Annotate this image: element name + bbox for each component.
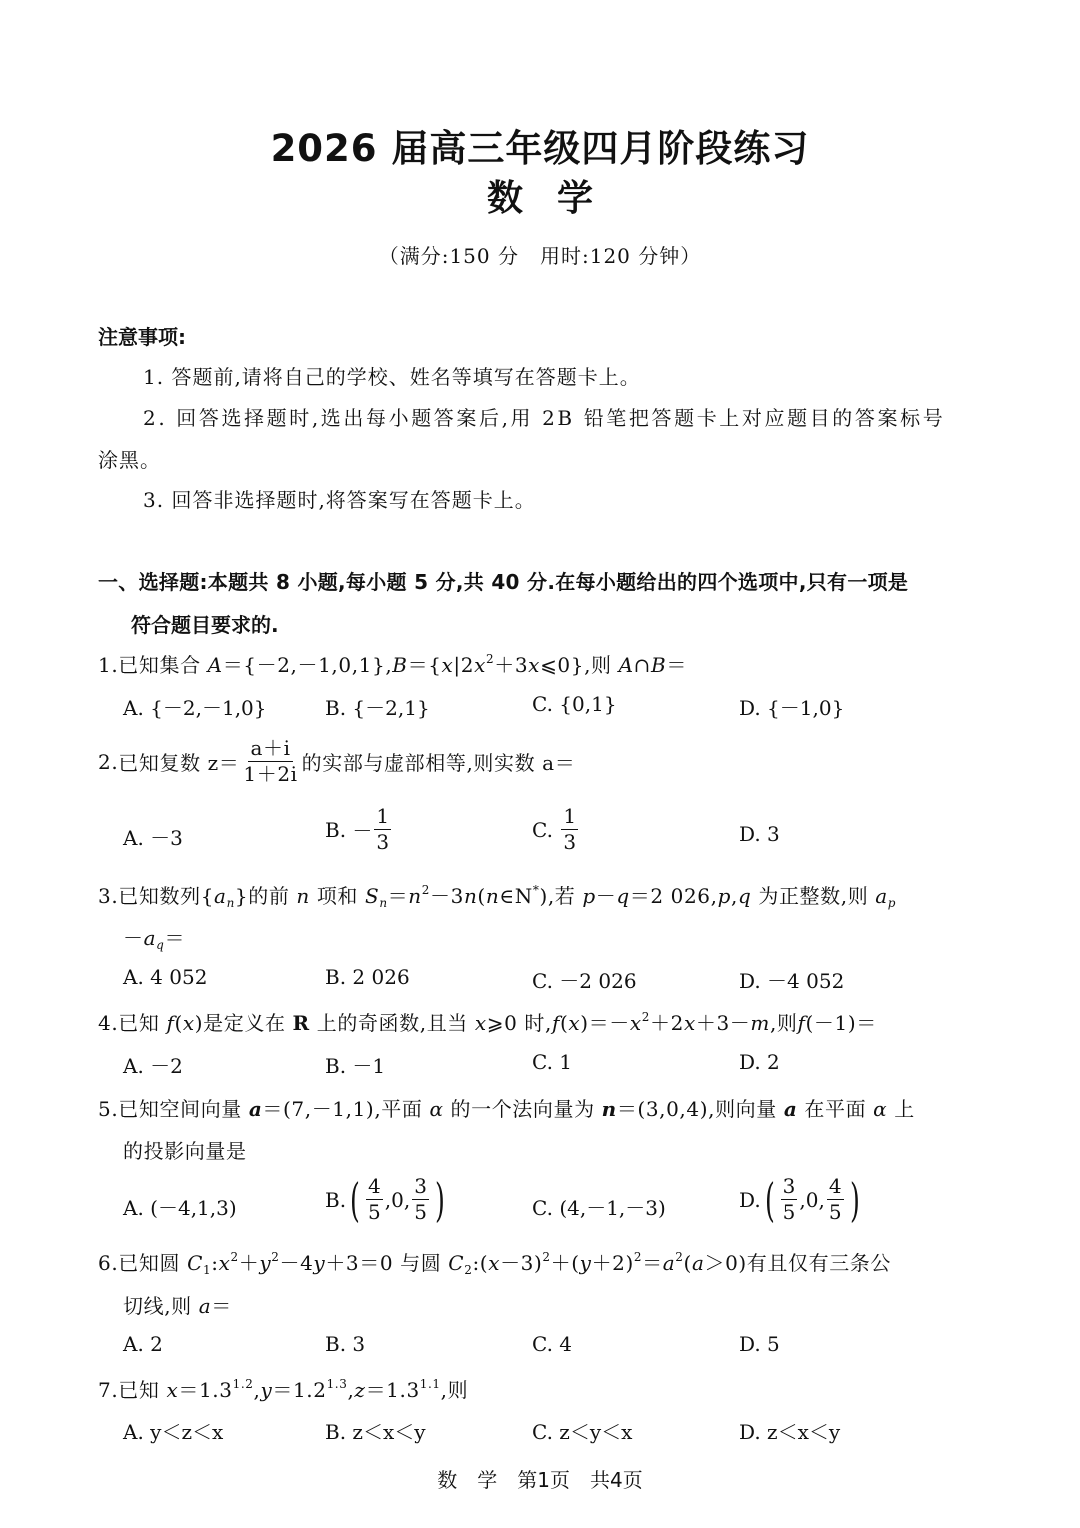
exam-title: 2026 届高三年级四月阶段练习	[0, 118, 1080, 172]
q5-option-a[interactable]: A. (－4,1,3)	[123, 1192, 237, 1221]
left-paren: (	[350, 1177, 360, 1223]
question-text: 已知集合 A＝{－2,－1,0,1},B＝{x|2x2＋3x⩽0},则 A∩B＝	[118, 653, 687, 677]
question-1: 1.已知集合 A＝{－2,－1,0,1},B＝{x|2x2＋3x⩽0},则 A∩…	[98, 649, 687, 678]
q1-option-b[interactable]: B. {－2,1}	[325, 692, 430, 721]
notice-heading: 注意事项:	[98, 321, 186, 350]
question-number: 1.	[98, 653, 118, 677]
notice-item-1: 1. 答题前,请将自己的学校、姓名等填写在答题卡上。	[143, 361, 641, 390]
q3-option-c[interactable]: C. －2 026	[532, 965, 637, 994]
q3-option-b[interactable]: B. 2 026	[325, 965, 410, 989]
right-paren: )	[850, 1177, 860, 1223]
notice-item-2-cont: 涂黑。	[98, 444, 161, 473]
q3-option-a[interactable]: A. 4 052	[123, 965, 207, 989]
q6-option-c[interactable]: C. 4	[532, 1332, 572, 1356]
question-6-cont: 切线,则 a＝	[123, 1290, 232, 1319]
question-6: 6.已知圆 C1:x2＋y2－4y＋3＝0 与圆 C2:(x－3)2＋(y＋2)…	[98, 1247, 891, 1277]
q4-option-c[interactable]: C. 1	[532, 1050, 572, 1074]
question-5: 5.已知空间向量 a＝(7,－1,1),平面 α 的一个法向量为 n＝(3,0,…	[98, 1093, 915, 1122]
q6-option-a[interactable]: A. 2	[123, 1332, 163, 1356]
section-heading: 一、选择题:本题共 8 小题,每小题 5 分,共 40 分.在每小题给出的四个选…	[98, 566, 908, 595]
q2-option-c[interactable]: C. 13	[532, 806, 580, 853]
q4-option-a[interactable]: A. －2	[123, 1050, 183, 1079]
q1-option-c[interactable]: C. {0,1}	[532, 692, 617, 716]
q1-option-a[interactable]: A. {－2,－1,0}	[123, 692, 267, 721]
fraction: a＋i 1＋2i	[241, 738, 299, 785]
q1-option-d[interactable]: D. {－1,0}	[739, 692, 844, 721]
q7-option-c[interactable]: C. z＜y＜x	[532, 1416, 632, 1445]
question-3: 3.已知数列{an}的前 n 项和 Sn＝n2－3n(n∈N*),若 p－q＝2…	[98, 880, 896, 910]
q7-option-d[interactable]: D. z＜x＜y	[739, 1416, 840, 1445]
question-number: 2.	[98, 750, 118, 774]
q6-option-b[interactable]: B. 3	[325, 1332, 365, 1356]
left-paren: (	[765, 1177, 775, 1223]
section-heading-cont: 符合题目要求的.	[131, 609, 279, 638]
q7-option-b[interactable]: B. z＜x＜y	[325, 1416, 426, 1445]
q2-option-b[interactable]: B. － 13	[325, 806, 393, 853]
q6-option-d[interactable]: D. 5	[739, 1332, 780, 1356]
q2-option-d[interactable]: D. 3	[739, 822, 780, 846]
question-7: 7.已知 x＝1.31.2,y＝1.21.3,z＝1.31.1,则	[98, 1374, 468, 1403]
question-2: 2. 已知复数 z＝ a＋i 1＋2i 的实部与虚部相等,则实数 a＝	[98, 738, 575, 785]
q5-option-d[interactable]: D. ( 35 ,0, 45 )	[739, 1176, 864, 1223]
q7-option-a[interactable]: A. y＜z＜x	[123, 1416, 223, 1445]
q4-option-d[interactable]: D. 2	[739, 1050, 780, 1074]
question-text-post: 的实部与虚部相等,则实数 a＝	[302, 747, 576, 776]
notice-item-2: 2. 回答选择题时,选出每小题答案后,用 2B 铅笔把答题卡上对应题目的答案标号	[143, 402, 945, 431]
exam-meta: （满分:150 分 用时:120 分钟）	[0, 240, 1080, 269]
question-4: 4.已知 f(x)是定义在 R 上的奇函数,且当 x⩾0 时,f(x)＝－x2＋…	[98, 1007, 877, 1036]
q4-option-b[interactable]: B. －1	[325, 1050, 385, 1079]
right-paren: )	[435, 1177, 445, 1223]
question-3-cont: －aq＝	[123, 922, 185, 952]
subject-title: 数学	[0, 170, 1080, 221]
q5-option-c[interactable]: C. (4,－1,－3)	[532, 1192, 666, 1221]
notice-item-3: 3. 回答非选择题时,将答案写在答题卡上。	[143, 484, 536, 513]
q2-option-a[interactable]: A. －3	[123, 822, 183, 851]
q5-option-b[interactable]: B. ( 45 ,0, 35 )	[325, 1176, 449, 1223]
q3-option-d[interactable]: D. －4 052	[739, 965, 844, 994]
question-5-cont: 的投影向量是	[123, 1135, 247, 1164]
question-text-pre: 已知复数 z＝	[118, 747, 239, 776]
page-footer: 数 学 第1页 共4页	[0, 1464, 1080, 1493]
